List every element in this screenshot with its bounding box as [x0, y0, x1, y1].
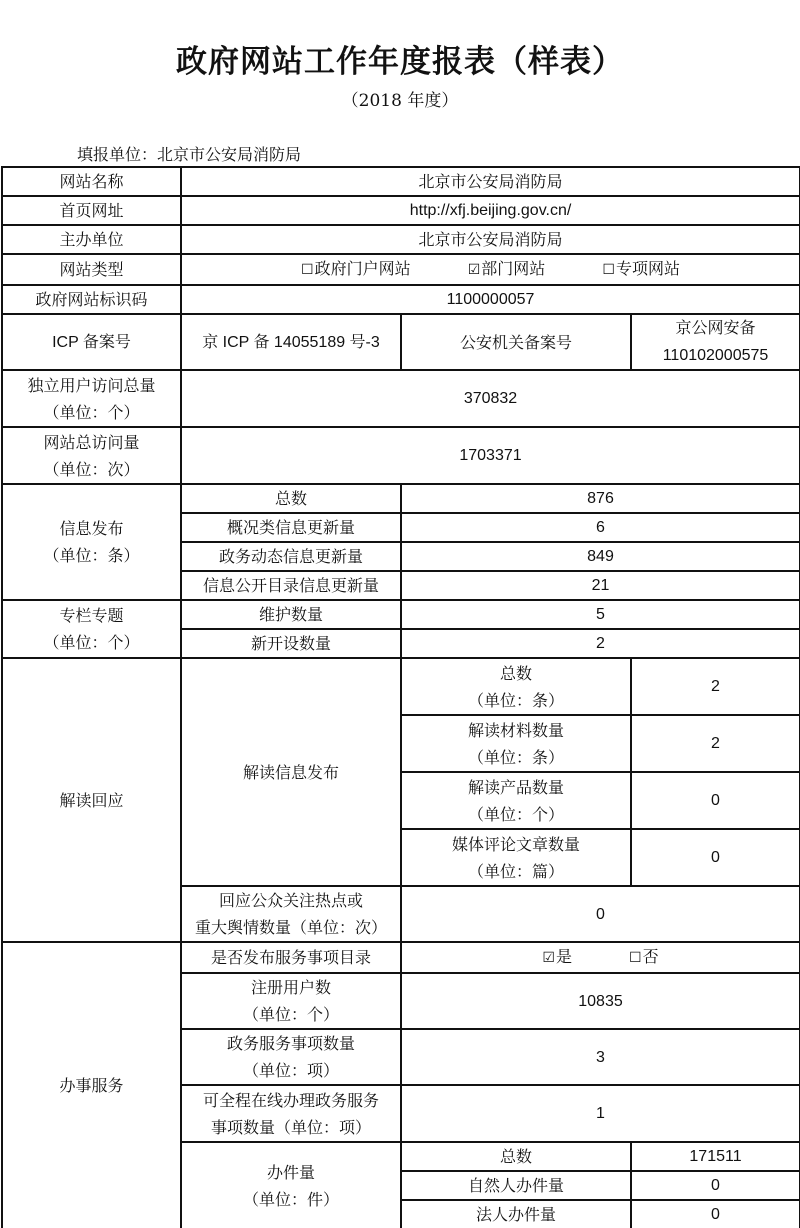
interp-row-label: 媒体评论文章数量 （单位：篇） — [401, 829, 631, 886]
sponsor-value: 北京市公安局消防局 — [181, 225, 800, 254]
interp-row-value: 2 — [631, 715, 800, 772]
info-publish-label: 信息发布 （单位：条） — [2, 484, 181, 600]
registered-users-label-line2: （单位：个） — [184, 1001, 398, 1028]
row-site-code: 政府网站标识码 1100000057 — [2, 285, 800, 314]
interp-row-label: 总数 （单位：条） — [401, 658, 631, 715]
cases-label-line1: 办件量 — [184, 1159, 398, 1186]
service-catalog-option-yes[interactable]: ☑是 — [542, 943, 572, 972]
columns-label-line1: 专栏专题 — [5, 602, 178, 629]
site-type-option-portal[interactable]: ☐政府门户网站 — [301, 255, 411, 284]
report-year: （2018 年度） — [0, 86, 800, 111]
total-visits-label: 网站总访问量 （单位：次） — [2, 427, 181, 484]
interp-row-label-line1: 解读材料数量 — [404, 717, 628, 744]
info-row-label: 政务动态信息更新量 — [181, 542, 401, 571]
interp-row-label: 解读材料数量 （单位：条） — [401, 715, 631, 772]
cases-row-value: 171511 — [631, 1142, 800, 1171]
police-record-label: 公安机关备案号 — [401, 314, 631, 370]
unique-visitors-label-line1: 独立用户访问总量 — [5, 372, 178, 399]
total-visits-label-line2: （单位：次） — [5, 456, 178, 483]
site-type-option-label: 部门网站 — [481, 259, 545, 278]
site-code-label: 政府网站标识码 — [2, 285, 181, 314]
service-catalog-option-no[interactable]: ☐否 — [629, 943, 659, 972]
info-row-value: 6 — [401, 513, 800, 542]
interp-row-label-line2: （单位：条） — [404, 744, 628, 771]
site-type-option-label: 专项网站 — [616, 259, 680, 278]
interp-row-value: 2 — [631, 658, 800, 715]
police-record-value-line2: 110102000575 — [634, 342, 797, 369]
columns-label: 专栏专题 （单位：个） — [2, 600, 181, 658]
service-catalog-option-label: 是 — [556, 947, 572, 966]
page-title: 政府网站工作年度报表（样表） — [0, 36, 800, 81]
checkbox-unchecked-icon[interactable]: ☐ — [301, 262, 314, 278]
row-icp: ICP 备案号 京 ICP 备 14055189 号-3 公安机关备案号 京公网… — [2, 314, 800, 370]
checkbox-checked-icon[interactable]: ☑ — [542, 950, 555, 966]
info-row-value: 849 — [401, 542, 800, 571]
cases-label-line2: （单位：件） — [184, 1186, 398, 1213]
online-items-label-line2: 事项数量（单位：项） — [184, 1114, 398, 1141]
row-sponsor: 主办单位 北京市公安局消防局 — [2, 225, 800, 254]
service-items-label: 政务服务事项数量 （单位：项） — [181, 1029, 401, 1085]
cases-row-label: 自然人办件量 — [401, 1171, 631, 1200]
interp-row-label-line1: 媒体评论文章数量 — [404, 831, 628, 858]
site-type-option-department[interactable]: ☑部门网站 — [468, 255, 546, 284]
police-record-value: 京公网安备 110102000575 — [631, 314, 800, 370]
site-name-value: 北京市公安局消防局 — [181, 167, 800, 196]
response-label-line1: 回应公众关注热点或 — [184, 887, 398, 914]
filler-unit: 填报单位：北京市公安局消防局 — [77, 142, 301, 165]
site-type-options: ☐政府门户网站 ☑部门网站 ☐专项网站 — [181, 254, 800, 285]
cases-label: 办件量 （单位：件） — [181, 1142, 401, 1228]
homepage-label: 首页网址 — [2, 196, 181, 225]
checkbox-unchecked-icon[interactable]: ☐ — [629, 950, 642, 966]
cases-row-label: 法人办件量 — [401, 1200, 631, 1228]
interp-row-value: 0 — [631, 772, 800, 829]
row-total-visits: 网站总访问量 （单位：次） 1703371 — [2, 427, 800, 484]
info-publish-label-line2: （单位：条） — [5, 542, 178, 569]
interp-row-label: 解读产品数量 （单位：个） — [401, 772, 631, 829]
interpretation-label: 解读回应 — [2, 658, 181, 942]
site-code-value: 1100000057 — [181, 285, 800, 314]
row-site-name: 网站名称 北京市公安局消防局 — [2, 167, 800, 196]
service-catalog-label: 是否发布服务事项目录 — [181, 942, 401, 973]
row-columns-maintained: 专栏专题 （单位：个） 维护数量 5 — [2, 600, 800, 629]
homepage-link[interactable]: http://xfj.beijing.gov.cn/ — [181, 196, 800, 225]
columns-row-label: 新开设数量 — [181, 629, 401, 658]
site-type-label: 网站类型 — [2, 254, 181, 285]
service-items-value: 3 — [401, 1029, 800, 1085]
row-info-total: 信息发布 （单位：条） 总数 876 — [2, 484, 800, 513]
row-homepage: 首页网址 http://xfj.beijing.gov.cn/ — [2, 196, 800, 225]
interp-row-label-line1: 总数 — [404, 660, 628, 687]
response-value: 0 — [401, 886, 800, 942]
filler-label: 填报单位： — [77, 145, 157, 164]
unique-visitors-label: 独立用户访问总量 （单位：个） — [2, 370, 181, 427]
interp-row-value: 0 — [631, 829, 800, 886]
info-row-value: 21 — [401, 571, 800, 600]
icp-value: 京 ICP 备 14055189 号-3 — [181, 314, 401, 370]
site-type-option-label: 政府门户网站 — [315, 259, 411, 278]
row-site-type: 网站类型 ☐政府门户网站 ☑部门网站 ☐专项网站 — [2, 254, 800, 285]
row-service-catalog: 办事服务 是否发布服务事项目录 ☑是 ☐否 — [2, 942, 800, 973]
registered-users-label: 注册用户数 （单位：个） — [181, 973, 401, 1029]
service-catalog-option-label: 否 — [643, 947, 659, 966]
cases-row-value: 0 — [631, 1171, 800, 1200]
online-items-value: 1 — [401, 1085, 800, 1142]
site-type-option-special[interactable]: ☐专项网站 — [602, 255, 680, 284]
columns-label-line2: （单位：个） — [5, 629, 178, 656]
info-publish-label-line1: 信息发布 — [5, 515, 178, 542]
interp-row-label-line2: （单位：篇） — [404, 858, 628, 885]
interp-row-label-line2: （单位：条） — [404, 687, 628, 714]
registered-users-label-line1: 注册用户数 — [184, 974, 398, 1001]
checkbox-checked-icon[interactable]: ☑ — [468, 262, 481, 278]
online-items-label: 可全程在线办理政务服务 事项数量（单位：项） — [181, 1085, 401, 1142]
row-unique-visitors: 独立用户访问总量 （单位：个） 370832 — [2, 370, 800, 427]
info-row-value: 876 — [401, 484, 800, 513]
response-label-line2: 重大舆情数量（单位：次） — [184, 914, 398, 941]
total-visits-label-line1: 网站总访问量 — [5, 429, 178, 456]
checkbox-unchecked-icon[interactable]: ☐ — [602, 262, 615, 278]
interp-row-label-line2: （单位：个） — [404, 801, 628, 828]
columns-row-value: 2 — [401, 629, 800, 658]
icp-label: ICP 备案号 — [2, 314, 181, 370]
filler-value: 北京市公安局消防局 — [157, 145, 301, 164]
interpretation-publish-label: 解读信息发布 — [181, 658, 401, 886]
row-interp-total: 解读回应 解读信息发布 总数 （单位：条） 2 — [2, 658, 800, 715]
site-name-label: 网站名称 — [2, 167, 181, 196]
info-row-label: 信息公开目录信息更新量 — [181, 571, 401, 600]
total-visits-value: 1703371 — [181, 427, 800, 484]
info-row-label: 概况类信息更新量 — [181, 513, 401, 542]
service-items-label-line1: 政务服务事项数量 — [184, 1030, 398, 1057]
unique-visitors-label-line2: （单位：个） — [5, 399, 178, 426]
sponsor-label: 主办单位 — [2, 225, 181, 254]
cases-row-label: 总数 — [401, 1142, 631, 1171]
online-items-label-line1: 可全程在线办理政务服务 — [184, 1087, 398, 1114]
unique-visitors-value: 370832 — [181, 370, 800, 427]
service-items-label-line2: （单位：项） — [184, 1057, 398, 1084]
info-row-label: 总数 — [181, 484, 401, 513]
columns-row-label: 维护数量 — [181, 600, 401, 629]
columns-row-value: 5 — [401, 600, 800, 629]
service-catalog-options: ☑是 ☐否 — [401, 942, 800, 973]
response-label: 回应公众关注热点或 重大舆情数量（单位：次） — [181, 886, 401, 942]
cases-row-value: 0 — [631, 1200, 800, 1228]
police-record-value-line1: 京公网安备 — [634, 315, 797, 342]
interp-row-label-line1: 解读产品数量 — [404, 774, 628, 801]
services-label: 办事服务 — [2, 942, 181, 1228]
registered-users-value: 10835 — [401, 973, 800, 1029]
report-table: 网站名称 北京市公安局消防局 首页网址 http://xfj.beijing.g… — [1, 166, 800, 1228]
